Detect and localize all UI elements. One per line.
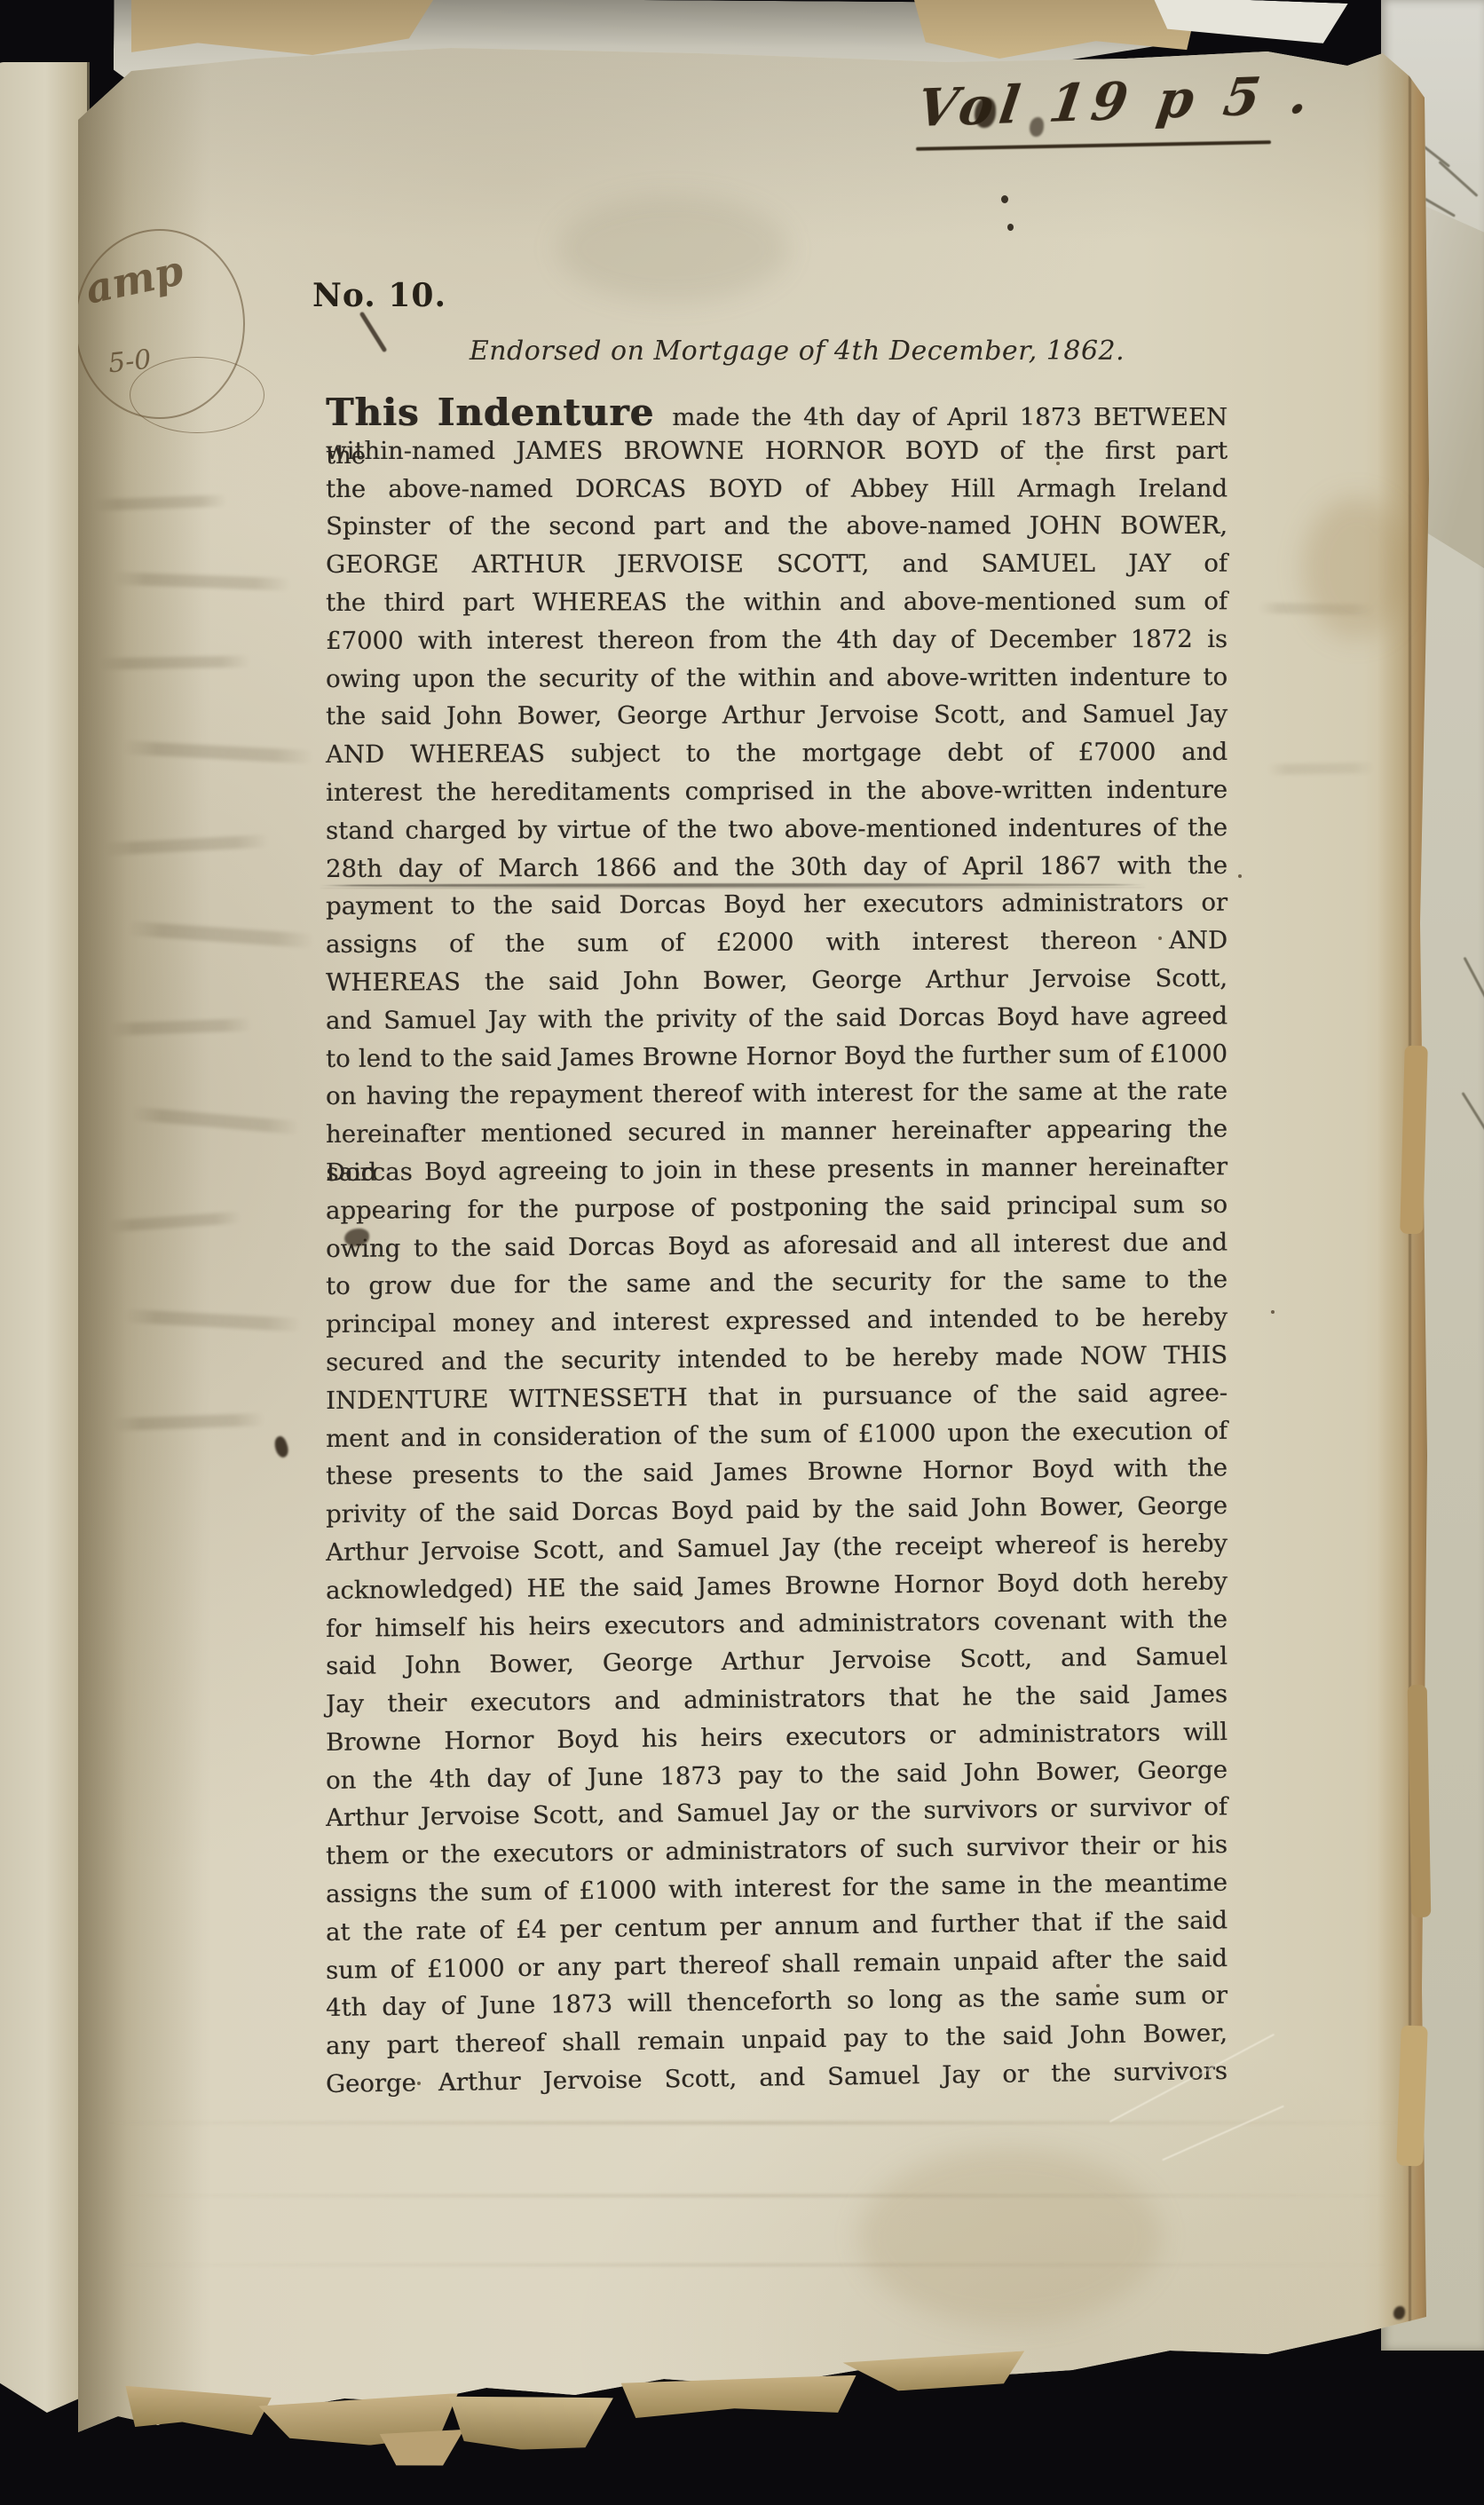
dust-speck	[586, 417, 589, 421]
body-line: appearing for the purpose of postponing …	[326, 1186, 1227, 1230]
paper-crease	[105, 2194, 1403, 2197]
stamp-handwriting: 5-0	[107, 344, 153, 380]
body-line: to lend to the said James Browne Hornor …	[326, 1035, 1227, 1079]
dust-speck	[1238, 874, 1242, 878]
opening-phrase: This Indenture	[326, 391, 672, 434]
ink-mark	[1007, 224, 1014, 231]
body-line: on having the repayment thereof with int…	[326, 1072, 1227, 1116]
body-line: the said John Bower, George Arthur Jervo…	[326, 696, 1227, 737]
dust-speck	[1271, 1310, 1275, 1314]
body-line: owing upon the security of the within an…	[326, 658, 1227, 698]
body-line: interest the hereditaments comprised in …	[326, 771, 1227, 812]
ink-mark	[1001, 195, 1008, 203]
body-line: WHEREAS the said John Bower, George Arth…	[326, 960, 1227, 1002]
body-line: the above-named DORCAS BOYD of Abbey Hil…	[326, 470, 1227, 508]
endorsement-title: Endorsed on Mortgage of 4th December, 18…	[433, 336, 1161, 367]
body-line: GEORGE ARTHUR JERVOISE SCOTT, and SAMUEL…	[326, 545, 1227, 584]
paper-crease	[105, 2264, 1403, 2266]
body-line: Dorcas Boyd agreeing to join in these pr…	[326, 1148, 1227, 1192]
body-line: Spinster of the second part and the abov…	[326, 507, 1227, 546]
body-line: This Indenture made the 4th day of April…	[326, 394, 1227, 432]
body-line: hereinafter mentioned secured in manner …	[326, 1110, 1227, 1154]
document-page: amp 5-0 Vol 19 p 5 . No. 10. Endorsed on…	[78, 36, 1431, 2438]
torn-fringe	[447, 2392, 613, 2453]
torn-fringe	[621, 2375, 857, 2419]
body-line: stand charged by virtue of the two above…	[326, 809, 1227, 850]
ink-blot	[272, 1434, 290, 1458]
body-line: the third part WHEREAS the within and ab…	[326, 582, 1227, 622]
body-line: assigns of the sum of £2000 with interes…	[326, 921, 1227, 964]
body-line: £7000 with interest thereon from the 4th…	[326, 620, 1227, 660]
paper-stain	[1303, 497, 1409, 639]
paper-crease	[105, 2122, 1403, 2124]
handwritten-volume-note: Vol 19 p 5 .	[913, 64, 1318, 138]
dust-speck	[1158, 936, 1162, 940]
dust-speck	[803, 568, 807, 572]
dust-speck	[417, 2082, 421, 2085]
body-text: This Indenture made the 4th day of April…	[326, 394, 1227, 2104]
dust-speck	[1096, 1984, 1100, 1987]
torn-edge-shard	[1400, 1046, 1428, 1235]
body-line: payment to the said Dorcas Boyd her exec…	[326, 884, 1227, 926]
body-line: and Samuel Jay with the privity of the s…	[326, 997, 1227, 1039]
body-line: within-named JAMES BROWNE HORNOR BOYD of…	[326, 431, 1227, 470]
torn-edge-shard	[1408, 1685, 1432, 1917]
surface-scratch	[1162, 2106, 1284, 2161]
dust-speck	[679, 1593, 683, 1597]
body-line: AND WHEREAS subject to the mortgage debt…	[326, 733, 1227, 774]
ink-slash-mark	[359, 312, 388, 353]
volume-note-underline	[916, 140, 1271, 151]
paper-stain	[557, 195, 788, 302]
underlying-page-edge-left	[0, 62, 90, 2413]
body-line: 28th day of March 1866 and the 30th day …	[326, 846, 1227, 888]
torn-edge-shard	[1396, 2026, 1427, 2167]
document-number-heading: No. 10.	[312, 277, 446, 314]
paper-stain	[859, 2148, 1161, 2326]
scanned-document-photo: amp 5-0 Vol 19 p 5 . No. 10. Endorsed on…	[0, 0, 1484, 2505]
bleedthrough-text	[1267, 763, 1374, 775]
dust-speck	[1056, 462, 1060, 465]
